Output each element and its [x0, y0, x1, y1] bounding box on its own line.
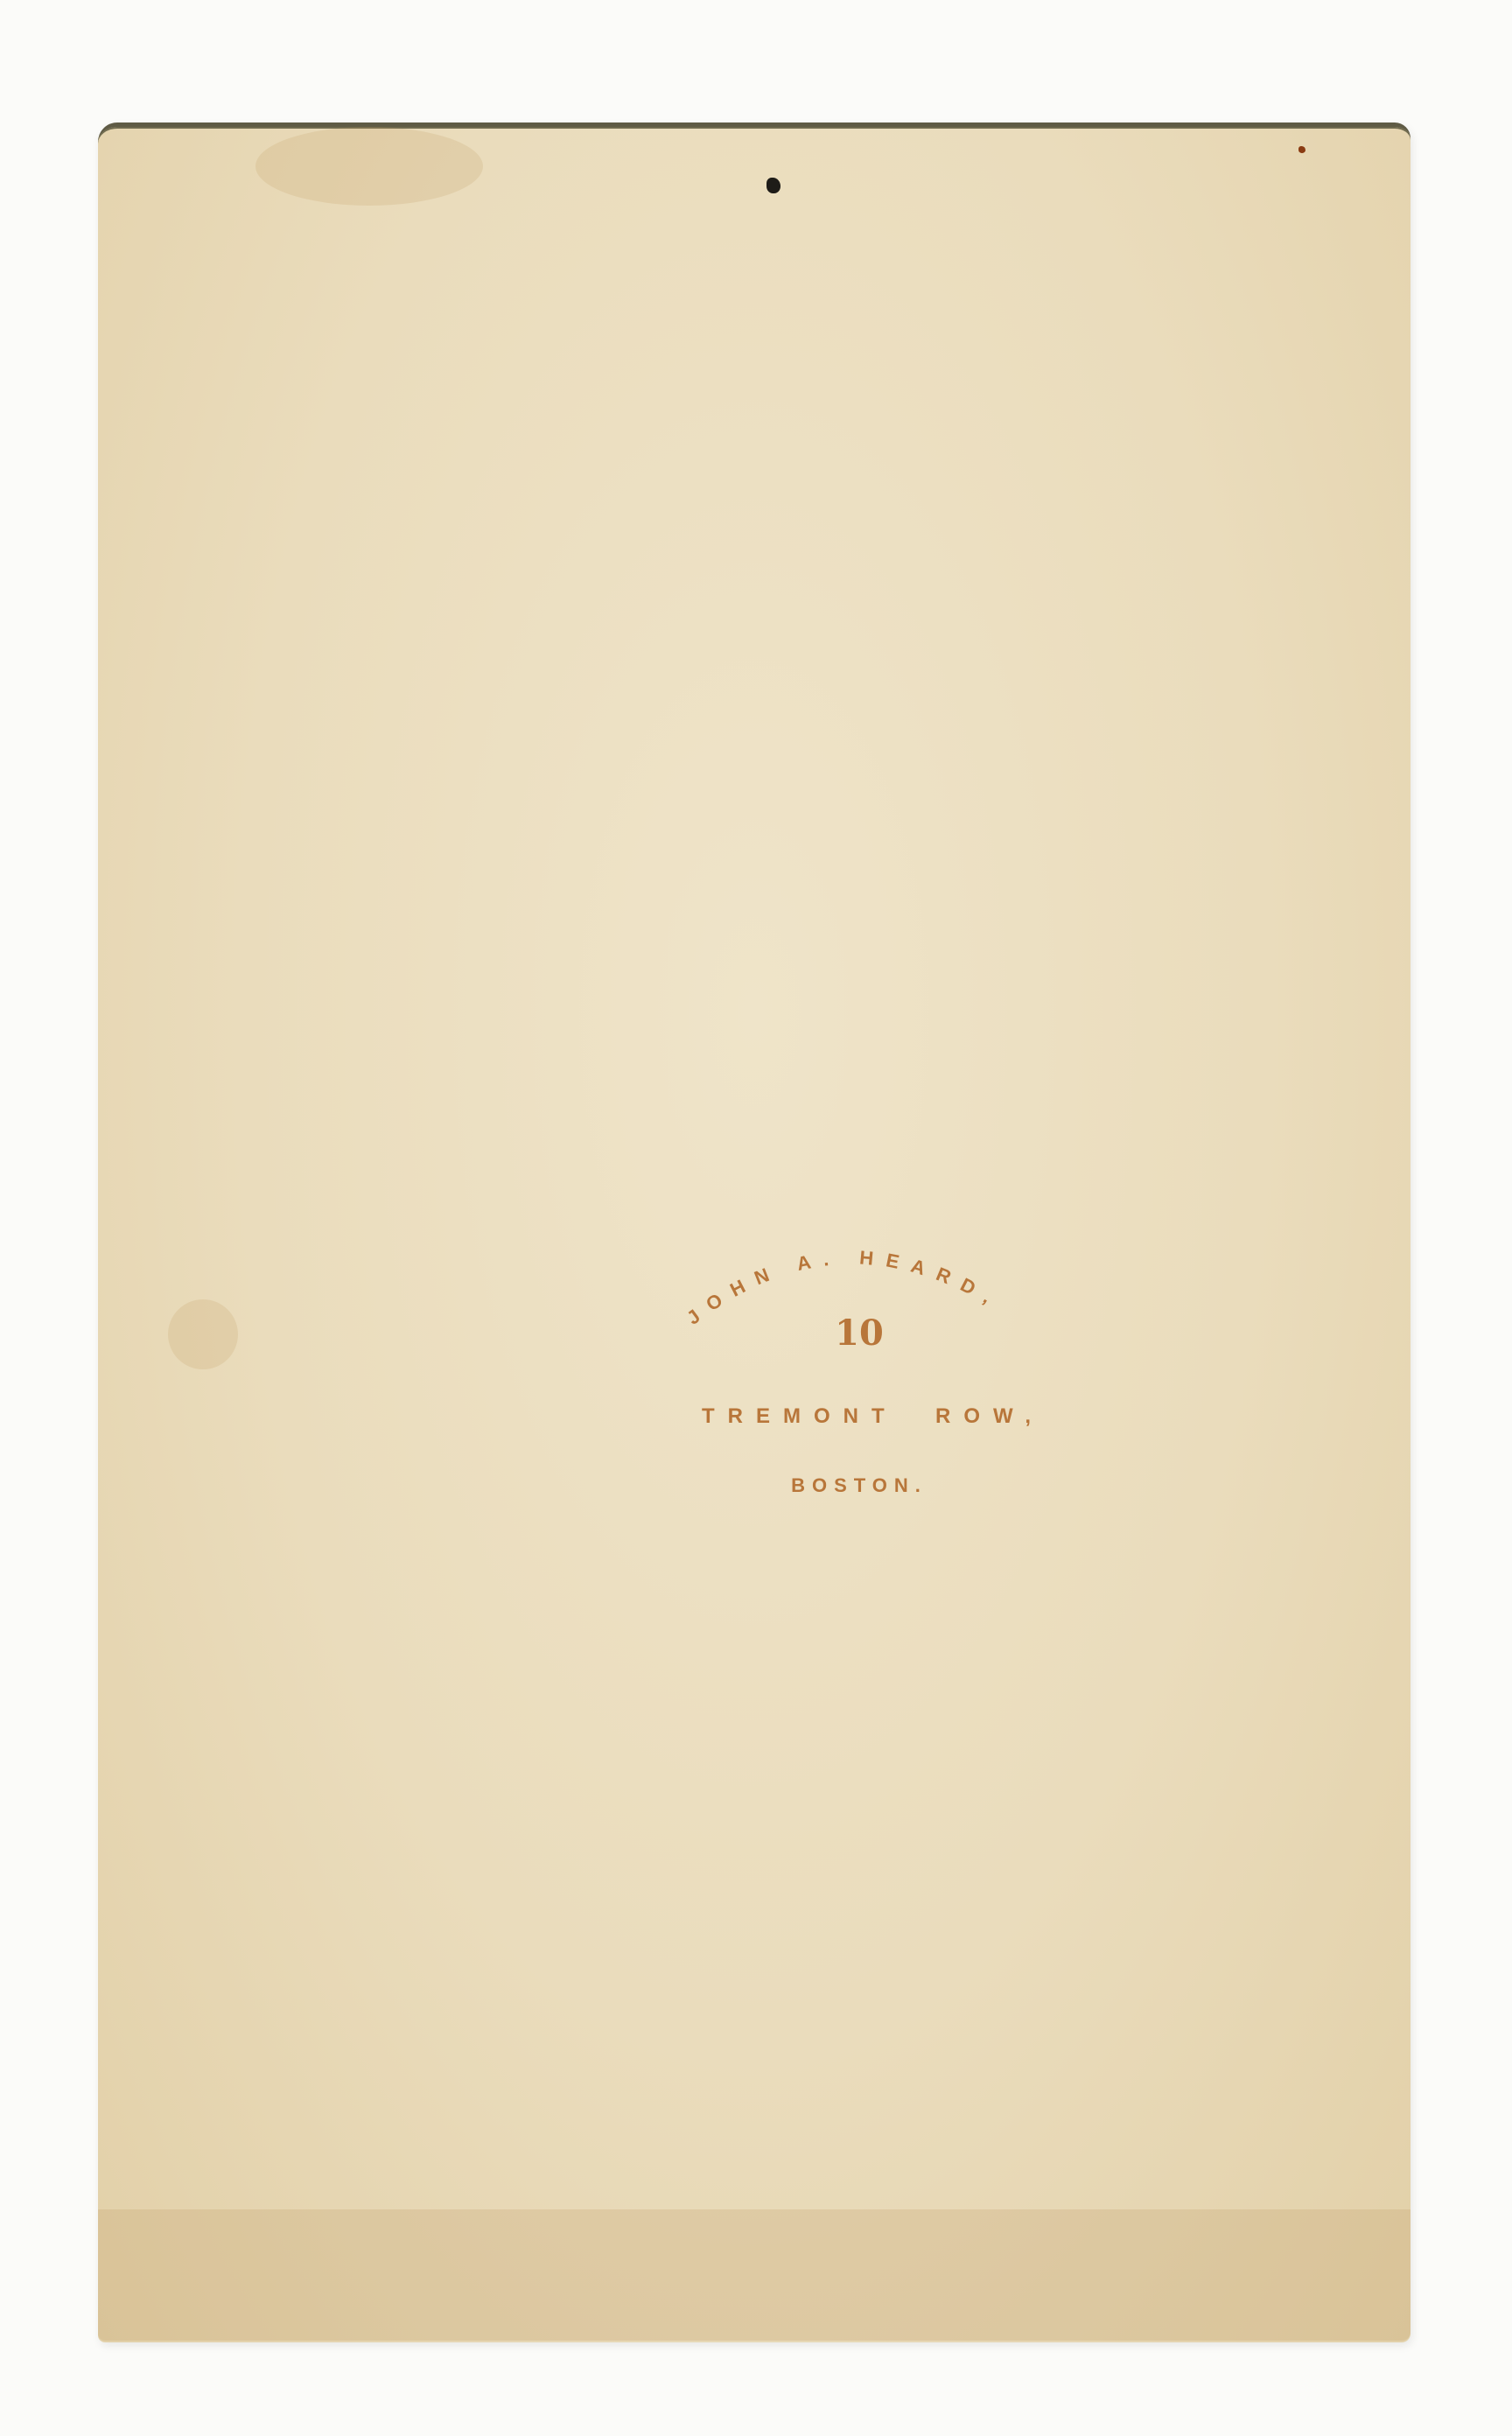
stamp-name-arc: JOHN A. HEARD, [658, 1229, 1060, 1387]
ink-spot [766, 178, 780, 193]
stamp-street-number: 10 [658, 1312, 1060, 1354]
stamp-street: TREMONT ROW, [702, 1404, 1034, 1429]
rust-spot [1298, 146, 1305, 153]
age-stain [255, 127, 483, 206]
age-stain [98, 2209, 1410, 2341]
photo-card-back: JOHN A. HEARD, 10 TREMONT ROW, BOSTON. [98, 122, 1410, 2342]
age-stain [168, 1299, 238, 1369]
photographer-stamp: JOHN A. HEARD, 10 TREMONT ROW, BOSTON. [658, 1229, 1060, 1509]
stamp-city: BOSTON. [658, 1474, 1060, 1497]
